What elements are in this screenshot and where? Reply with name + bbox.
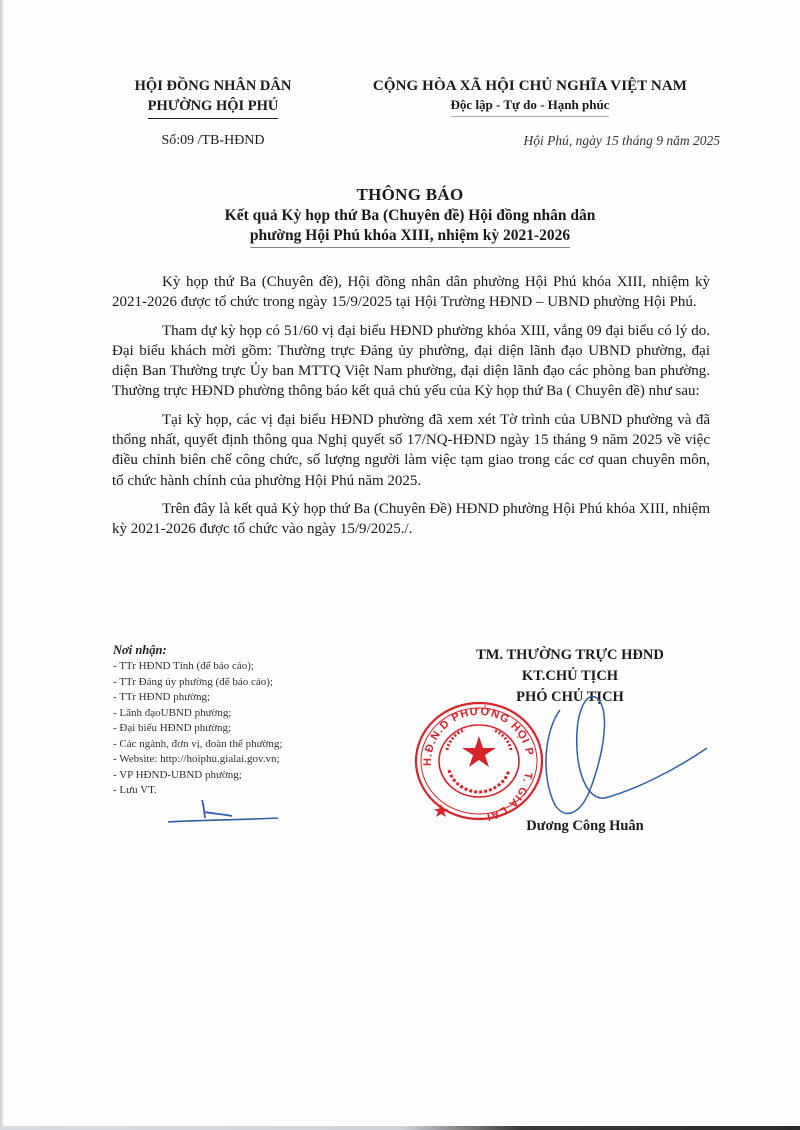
national-title: CỘNG HÒA XÃ HỘI CHỦ NGHĨA VIỆT NAM Độc l… (340, 76, 720, 117)
recipient-item: - TTr HĐND Tỉnh (để báo cáo); (113, 659, 413, 675)
body-paragraph: Tại kỳ họp, các vị đại biểu HĐND phường … (112, 410, 710, 491)
ward-name: PHƯỜNG HỘI PHÚ (148, 96, 279, 119)
signer-name: Dương Công Huân (470, 818, 700, 835)
council-name: HỘI ĐỒNG NHÂN DÂN (108, 76, 318, 96)
issuing-authority: HỘI ĐỒNG NHÂN DÂN PHƯỜNG HỘI PHÚ (108, 76, 318, 119)
handwritten-signature-icon (535, 690, 710, 825)
scan-edge-bottom (0, 1126, 800, 1130)
recipient-item: - VP HĐND-UBND phường; (113, 768, 413, 784)
recipient-item: - TTr HĐND phường; (113, 690, 413, 706)
nation-name: CỘNG HÒA XÃ HỘI CHỦ NGHĨA VIỆT NAM (340, 76, 720, 96)
document-title: THÔNG BÁO Kết quả Kỳ họp thứ Ba (Chuyên … (150, 184, 670, 248)
sign-capacity: KT.CHỦ TỊCH (420, 666, 720, 687)
svg-text:T. GIA LAI: T. GIA LAI (485, 771, 534, 822)
recipient-item: - TTr Đảng ủy phường (để báo cáo); (113, 675, 413, 691)
recipient-item: - Website: http://hoiphu.gialai.gov.vn; (113, 752, 413, 768)
body-paragraph: Tham dự kỳ họp có 51/60 vị đại biểu HĐND… (112, 321, 710, 402)
sign-authority: TM. THƯỜNG TRỰC HĐND (420, 645, 720, 666)
recipients-list: Nơi nhận: - TTr HĐND Tỉnh (để báo cáo); … (113, 642, 413, 799)
handwritten-initial-icon (160, 790, 280, 825)
recipient-item: - Các ngành, đơn vị, đoàn thể phường; (113, 737, 413, 753)
scan-edge-left (0, 0, 4, 1130)
place-date: Hội Phú, ngày 15 tháng 9 năm 2025 (360, 133, 720, 149)
national-motto: Độc lập - Tự do - Hạnh phúc (451, 96, 610, 117)
document-body: Kỳ họp thứ Ba (Chuyên đề), Hội đồng nhân… (112, 272, 710, 548)
body-paragraph: Trên đây là kết quả Kỳ họp thứ Ba (Chuyê… (112, 499, 710, 540)
official-seal-icon: H.Đ.N.D PHƯỜNG HỘI PHÚ T. GIA LAI (413, 700, 545, 822)
document-page: HỘI ĐỒNG NHÂN DÂN PHƯỜNG HỘI PHÚ CỘNG HÒ… (0, 0, 800, 1130)
title-subtitle-line2: phường Hội Phú khóa XIII, nhiệm kỳ 2021-… (250, 226, 570, 248)
body-paragraph: Kỳ họp thứ Ba (Chuyên đề), Hội đồng nhân… (112, 272, 710, 313)
document-number: Số:09 /TB-HĐND (108, 133, 318, 149)
recipient-item: - Đại biểu HĐND phường; (113, 721, 413, 737)
title-subtitle-line1: Kết quả Kỳ họp thứ Ba (Chuyên đề) Hội đồ… (150, 206, 670, 226)
recipient-item: - Lãnh đạoUBND phường; (113, 706, 413, 722)
seal-bottom-text: T. GIA LAI (485, 771, 534, 822)
title-main: THÔNG BÁO (150, 184, 670, 206)
recipients-heading: Nơi nhận: (113, 642, 413, 659)
